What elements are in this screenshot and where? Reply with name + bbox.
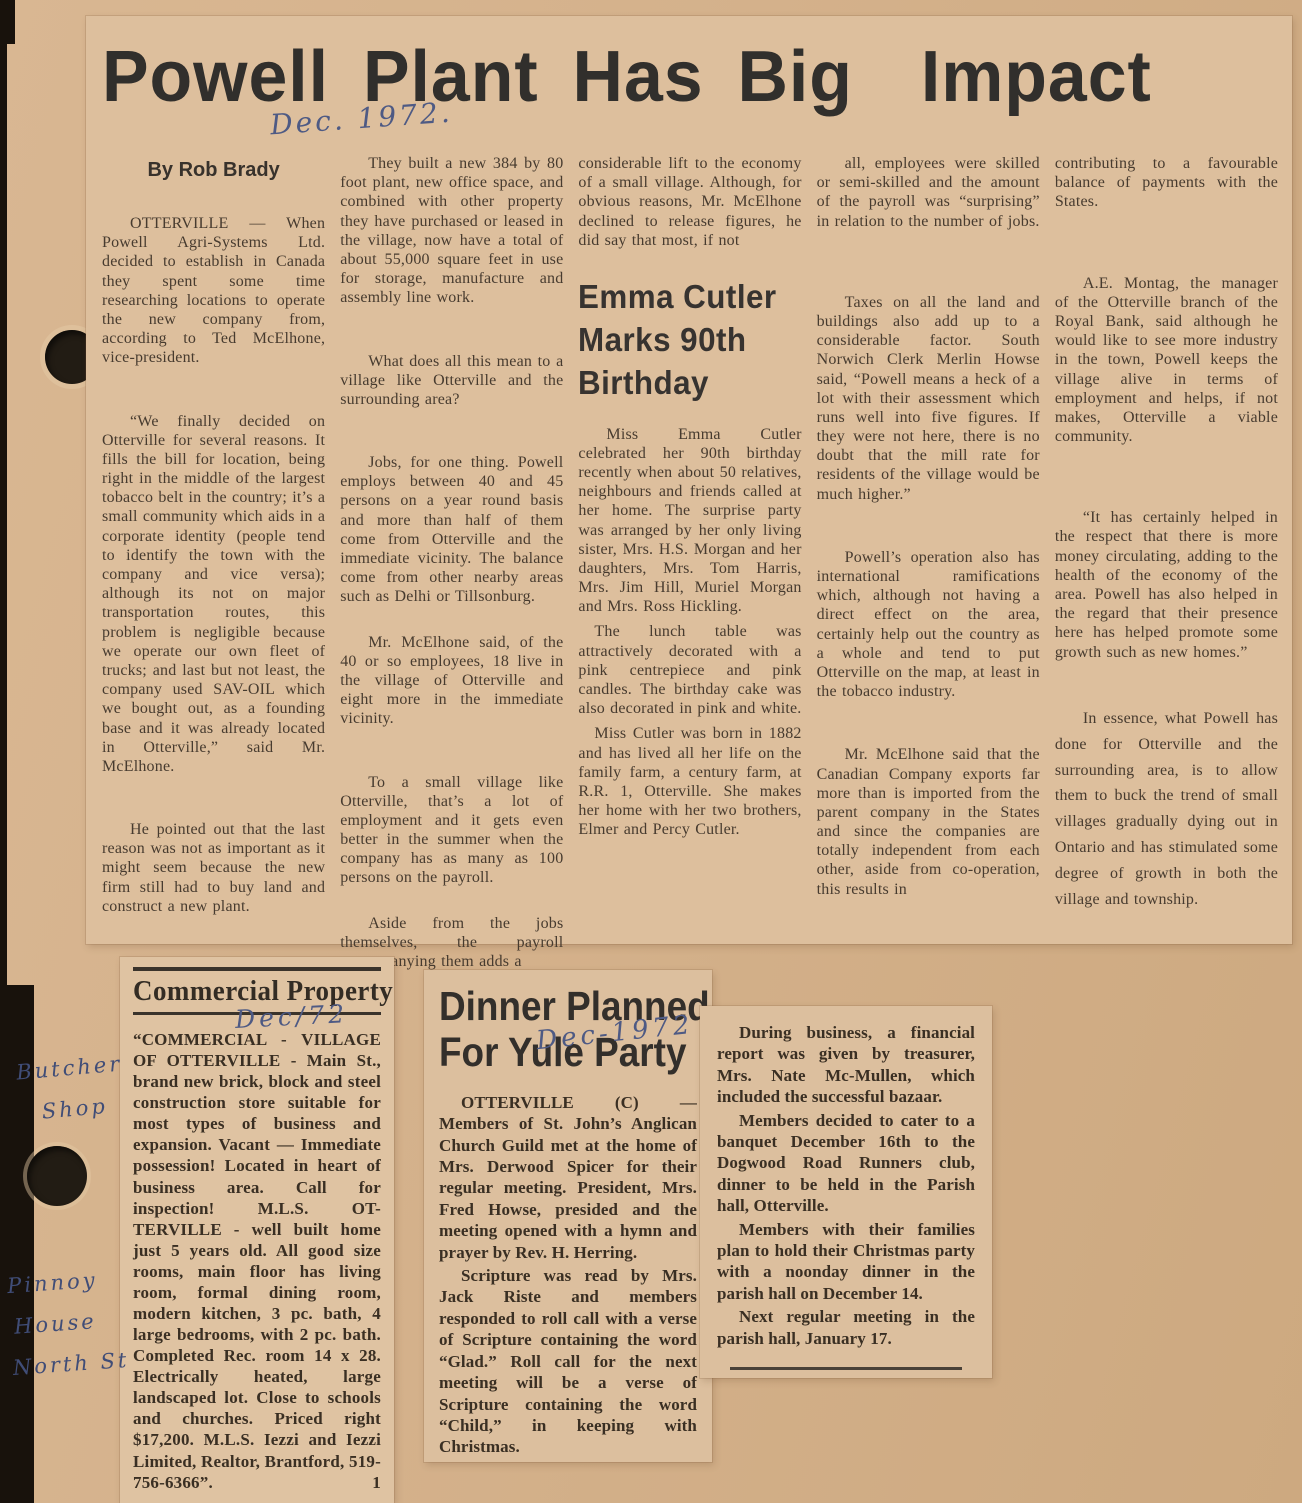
emma-cutler-headline-line: Marks 90th — [578, 319, 790, 362]
paragraph: What does all this mean to a village lik… — [340, 352, 563, 410]
paragraph: Miss Emma Cutler celebrated her 90th bir… — [578, 425, 801, 617]
paragraph: During business, a financial report was … — [717, 1022, 975, 1108]
emma-cutler-headline-line: Birthday — [578, 362, 790, 405]
paragraph: considerable lift to the economy of a sm… — [578, 154, 801, 250]
paragraph: Mr. McElhone said, of the 40 or so emplo… — [340, 633, 563, 729]
paragraph: “It has certainly helped in the respect … — [1055, 508, 1278, 662]
article-column-2: They built a new 384 by 80 foot plant, n… — [340, 154, 563, 997]
paragraph: To a small village like Otterville, that… — [340, 773, 563, 888]
page-corner-shadow — [0, 0, 15, 44]
paragraph: A.E. Montag, the manager of the Ottervil… — [1055, 274, 1278, 447]
paragraph: In essence, what Powell has done for Ott… — [1055, 706, 1278, 913]
margin-note-line: North St — [12, 1340, 131, 1389]
dinner-clipping: Dinner Planned For Yule Party OTTERVILLE… — [424, 970, 712, 1462]
margin-note-line: Shop — [40, 1084, 127, 1132]
emma-cutler-headline-line: Emma Cutler — [578, 276, 790, 319]
paragraph: He pointed out that the last reason was … — [102, 820, 325, 916]
paragraph: They built a new 384 by 80 foot plant, n… — [340, 154, 563, 308]
paragraph: Scripture was read by Mrs. Jack Riste an… — [439, 1265, 697, 1458]
article-column-3: considerable lift to the economy of a sm… — [578, 154, 801, 997]
paragraph: Powell’s operation also has internationa… — [817, 548, 1040, 702]
main-headline: Powell Plant Has Big Impact — [102, 36, 1256, 118]
paragraph: “We finally decided on Otterville for se… — [102, 412, 325, 777]
margin-note-pinnoy-house: Pinnoy House North St — [6, 1258, 131, 1389]
clipping-bottom-rule — [730, 1367, 962, 1370]
punch-hole-bottom — [27, 1146, 87, 1206]
header-rule-top — [133, 967, 381, 971]
paragraph: OTTERVILLE — When Powell Agri-Systems Lt… — [102, 214, 325, 368]
commercial-property-clipping: Commercial Property “COMMERCIAL - VILLAG… — [120, 957, 394, 1503]
article-columns: By Rob Brady OTTERVILLE — When Powell Ag… — [102, 154, 1278, 997]
paragraph: Jobs, for one thing. Powell employs betw… — [340, 453, 563, 607]
ad-text: “COMMERCIAL - VILLAGE OF OTTERVILLE - Ma… — [133, 1030, 381, 1492]
article-column-5: contributing to a favourable balance of … — [1055, 154, 1278, 997]
paragraph: Mr. McElhone said that the Canadian Comp… — [817, 745, 1040, 899]
paragraph: The lunch table was attractively decorat… — [578, 622, 801, 718]
listing-number: 1 — [372, 1472, 381, 1493]
emma-cutler-headline: Emma Cutler Marks 90th Birthday — [578, 276, 790, 405]
yule-report-clipping: During business, a financial report was … — [700, 1006, 992, 1378]
paragraph: Members with their families plan to hold… — [717, 1219, 975, 1305]
paragraph: contributing to a favourable balance of … — [1055, 154, 1278, 212]
margin-note-butcher-shop: Butcher Shop — [15, 1044, 128, 1135]
handwritten-date-commercial: Dec/72 — [234, 999, 348, 1034]
paragraph: Miss Cutler was born in 1882 and has liv… — [578, 724, 801, 839]
commercial-property-body: “COMMERCIAL - VILLAGE OF OTTERVILLE - Ma… — [133, 1029, 381, 1493]
scrapbook-page: { "colors":{ "page_background":"#d4b18b"… — [0, 0, 1302, 1503]
byline: By Rob Brady — [102, 158, 325, 182]
paragraph: all, employees were skilled or semi-skil… — [817, 154, 1040, 231]
article-column-4: all, employees were skilled or semi-skil… — [817, 154, 1040, 997]
paragraph: OTTERVILLE (C) — Members of St. John’s A… — [439, 1092, 697, 1263]
article-column-1: By Rob Brady OTTERVILLE — When Powell Ag… — [102, 154, 325, 997]
paragraph: Taxes on all the land and buildings also… — [817, 293, 1040, 504]
main-article-clipping: Powell Plant Has Big Impact By Rob Brady… — [86, 16, 1292, 944]
paragraph: Next regular meeting in the parish hall,… — [717, 1306, 975, 1349]
paragraph: Members decided to cater to a banquet De… — [717, 1110, 975, 1217]
